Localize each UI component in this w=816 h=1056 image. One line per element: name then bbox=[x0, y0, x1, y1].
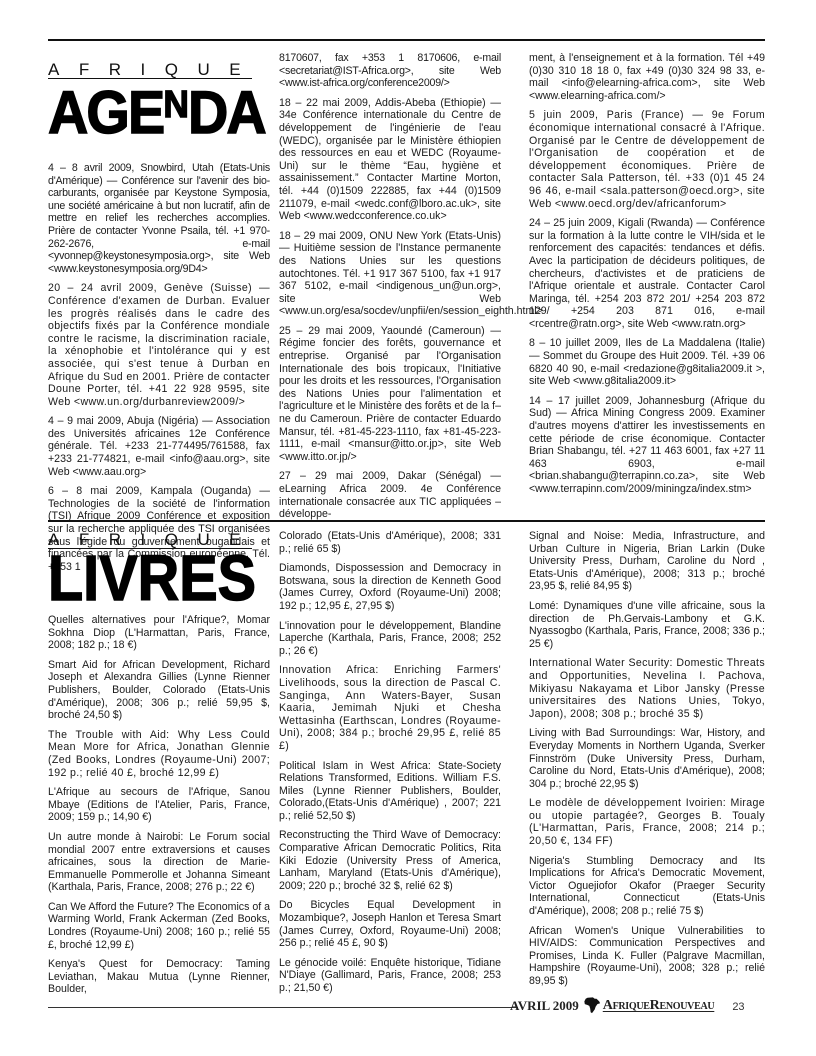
publication-name: AfriqueRenouveau bbox=[603, 998, 715, 1014]
book-entry: Quelles alternatives pour l'Afrique?, Mo… bbox=[48, 614, 270, 652]
livres-column-1: AFRIQUE LIVRES Quelles alternatives pour… bbox=[48, 530, 270, 1003]
agenda-entry: 14 – 17 juillet 2009, Johannesburg (Afri… bbox=[529, 395, 765, 496]
book-entry: Nigeria's Stumbling Democracy and Its Im… bbox=[529, 855, 765, 918]
agenda-kicker: AFRIQUE bbox=[48, 52, 252, 79]
book-entry: Reconstructing the Third Wave of Democra… bbox=[279, 829, 501, 892]
top-rule bbox=[48, 39, 765, 41]
agenda-column-1: AFRIQUE AGENDA 4 – 8 avril 2009, Snowbir… bbox=[48, 52, 270, 580]
page-number: 23 bbox=[732, 1001, 744, 1013]
agenda-section: AFRIQUE AGENDA 4 – 8 avril 2009, Snowbir… bbox=[48, 52, 765, 514]
book-entry: Signal and Noise: Media, Infrastructure,… bbox=[529, 530, 765, 593]
book-entry: Political Islam in West Africa: State-So… bbox=[279, 760, 501, 823]
book-entry: Le modèle de développement Ivoirien: Mir… bbox=[529, 797, 765, 847]
book-entry: The Trouble with Aid: Why Less Could Mea… bbox=[48, 729, 270, 779]
book-entry: L'Afrique au secours de l'Afrique, Sanou… bbox=[48, 786, 270, 824]
africa-map-icon bbox=[583, 996, 601, 1014]
book-entry: Can We Afford the Future? The Economics … bbox=[48, 901, 270, 951]
agenda-entry: 4 – 8 avril 2009, Snowbird, Utah (Etats-… bbox=[48, 162, 270, 275]
agenda-column-3: ment, à l'enseignement et à la formation… bbox=[529, 52, 765, 503]
book-entry: Diamonds, Dispossession and Democracy in… bbox=[279, 562, 501, 612]
agenda-masthead: AFRIQUE AGENDA bbox=[48, 52, 270, 162]
agenda-entry: 20 – 24 avril 2009, Genève (Suisse) — Co… bbox=[48, 282, 270, 408]
livres-section: AFRIQUE LIVRES Quelles alternatives pour… bbox=[48, 530, 765, 1002]
book-entry: Living with Bad Surroundings: War, Histo… bbox=[529, 727, 765, 790]
book-entry: Colorado (Etats-Unis d'Amérique), 2008; … bbox=[279, 530, 501, 555]
agenda-entry: 8170607, fax +353 1 8170606, e-mail <sec… bbox=[279, 52, 501, 90]
book-entry: Le génocide voilé: Enquête historique, T… bbox=[279, 957, 501, 995]
livres-title: LIVRES bbox=[48, 549, 248, 607]
page-footer: AVRIL 2009 AfriqueRenouveau 23 bbox=[510, 994, 780, 1014]
book-entry: Do Bicycles Equal Development in Mozambi… bbox=[279, 899, 501, 949]
section-divider bbox=[48, 520, 765, 522]
agenda-entry: 8 – 10 juillet 2009, Iles de La Maddalen… bbox=[529, 337, 765, 387]
agenda-entry: 18 – 29 mai 2009, ONU New York (Etats-Un… bbox=[279, 230, 501, 318]
agenda-title: AGENDA bbox=[48, 79, 254, 139]
book-entry: Innovation Africa: Enriching Farmers' Li… bbox=[279, 664, 501, 752]
livres-column-3: Signal and Noise: Media, Infrastructure,… bbox=[529, 530, 765, 995]
agenda-column-2: 8170607, fax +353 1 8170606, e-mail <sec… bbox=[279, 52, 501, 528]
livres-column-2: Colorado (Etats-Unis d'Amérique), 2008; … bbox=[279, 530, 501, 1002]
book-entry: L'innovation pour le développement, Blan… bbox=[279, 620, 501, 658]
book-entry: Lomé: Dynamiques d'une ville africaine, … bbox=[529, 600, 765, 650]
bottom-rule bbox=[48, 1007, 518, 1008]
book-entry: Smart Aid for African Development, Richa… bbox=[48, 659, 270, 722]
agenda-entry: 4 – 9 mai 2009, Abuja (Nigéria) — Associ… bbox=[48, 415, 270, 478]
agenda-entry: 27 – 29 mai 2009, Dakar (Sénégal) — eLea… bbox=[279, 470, 501, 520]
agenda-entry: 24 – 25 juin 2009, Kigali (Rwanda) — Con… bbox=[529, 217, 765, 330]
agenda-entry: 25 – 29 mai 2009, Yaoundé (Cameroun) — R… bbox=[279, 325, 501, 464]
issue-date: AVRIL 2009 bbox=[510, 998, 579, 1014]
livres-masthead: AFRIQUE LIVRES bbox=[48, 530, 270, 614]
book-entry: Un autre monde à Nairobi: Le Forum socia… bbox=[48, 831, 270, 894]
book-entry: Kenya's Quest for Democracy: Taming Levi… bbox=[48, 958, 270, 996]
agenda-entry: 5 juin 2009, Paris (France) — 9e Forum é… bbox=[529, 109, 765, 210]
agenda-entry: ment, à l'enseignement et à la formation… bbox=[529, 52, 765, 102]
book-entry: African Women's Unique Vulnerabilities t… bbox=[529, 925, 765, 988]
book-entry: International Water Security: Domestic T… bbox=[529, 657, 765, 720]
agenda-entry: 18 – 22 mai 2009, Addis-Abeba (Ethiopie)… bbox=[279, 97, 501, 223]
